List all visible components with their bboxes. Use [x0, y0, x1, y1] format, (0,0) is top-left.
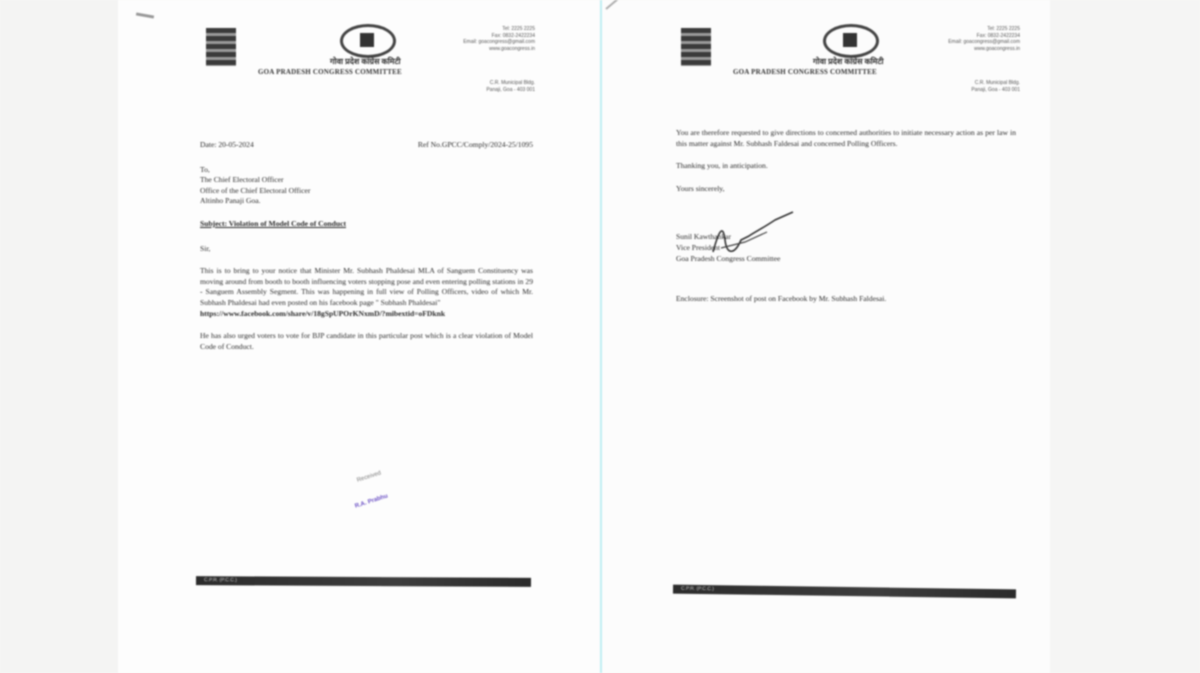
body-paragraph-1: This is to bring to your notice that Min…: [200, 266, 533, 308]
enclosure-note: Enclosure: Screenshot of post on Faceboo…: [676, 294, 1016, 305]
letterhead-address: C.R. Municipal Bldg. Panaji, Goa - 403 0…: [486, 80, 535, 94]
congress-emblem-icon: [206, 28, 236, 66]
facebook-link: https://www.facebook.com/share/v/18gSpUP…: [200, 309, 533, 320]
party-logo-icon: [823, 24, 879, 58]
letterhead-hindi-name: गोवा प्रदेश कांग्रेस कमिटी: [813, 56, 884, 67]
letter-subject: Subject: Violation of Model Code of Cond…: [200, 219, 533, 230]
body-paragraph-2: He has also urged voters to vote for BJP…: [200, 331, 533, 352]
footer-bar-page-1: C.P.R. (P.C.C.): [196, 576, 531, 587]
letter-ref: Ref No.GPCC/Comply/2024-25/1095: [418, 140, 533, 151]
letterhead-contact: Tel: 2225 2225 Fax: 0832-2422234 Email: …: [948, 26, 1020, 52]
letterhead-contact: Tel: 2225 2225 Fax: 0832-2422234 Email: …: [463, 26, 535, 52]
thanks-line: Thanking you, in anticipation.: [676, 161, 1016, 172]
letter-body-page-1: Date: 20-05-2024 Ref No.GPCC/Comply/2024…: [200, 140, 533, 352]
scan-background-right: [1050, 0, 1200, 673]
request-paragraph: You are therefore requested to give dire…: [676, 128, 1016, 149]
letterhead-hindi-name: गोवा प्रदेश कांग्रेस कमिटी: [330, 56, 401, 67]
closing-line: Yours sincerely,: [676, 184, 1016, 195]
letterhead-org-name: GOA PRADESH CONGRESS COMMITTEE: [200, 68, 535, 76]
letterhead-page-1: गोवा प्रदेश कांग्रेस कमिटी GOA PRADESH C…: [200, 22, 535, 107]
page-divider: [600, 0, 602, 673]
letterhead-org-name: GOA PRADESH CONGRESS COMMITTEE: [675, 68, 1010, 76]
party-logo-icon: [340, 24, 396, 58]
recipient-block: To, The Chief Electoral Officer Office o…: [200, 165, 533, 207]
salutation: Sir,: [200, 244, 533, 255]
letter-date: Date: 20-05-2024: [200, 140, 254, 151]
signature-icon: [705, 210, 800, 260]
letterhead-address: C.R. Municipal Bldg. Panaji, Goa - 403 0…: [971, 80, 1020, 94]
scan-background-left: [0, 0, 120, 673]
letterhead-page-2: गोवा प्रदेश कांग्रेस कमिटी GOA PRADESH C…: [675, 22, 1020, 107]
congress-emblem-icon: [681, 28, 711, 66]
date-ref-row: Date: 20-05-2024 Ref No.GPCC/Comply/2024…: [200, 140, 533, 151]
